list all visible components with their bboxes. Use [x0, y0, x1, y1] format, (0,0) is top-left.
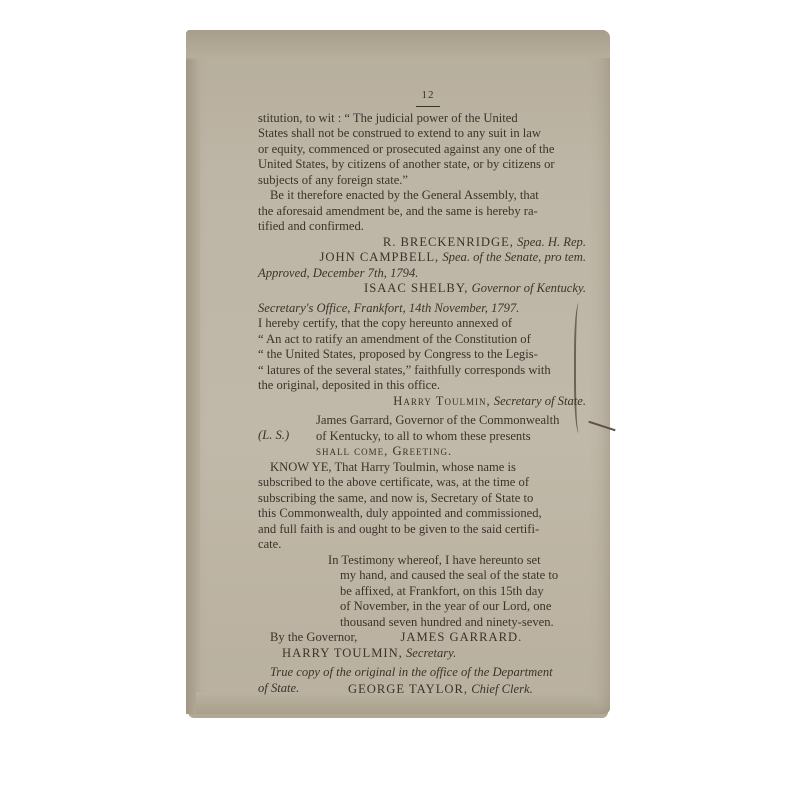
- true-copy-line: True copy of the original in the office …: [258, 665, 598, 681]
- signature-shelby: ISAAC SHELBY, Governor of Kentucky.: [258, 281, 598, 297]
- text-line: Be it therefore enacted by the General A…: [258, 188, 598, 204]
- signature-toulmin: Harry Toulmin, Secretary of State.: [258, 394, 598, 410]
- text-line: States shall not be construed to extend …: [258, 126, 598, 142]
- signature-breckenridge: R. BRECKENRIDGE, Spea. H. Rep.: [258, 235, 598, 251]
- seal-mark: (L. S.): [258, 413, 316, 460]
- text-line: “ An act to ratify an amendment of the C…: [258, 332, 598, 348]
- seal-block: (L. S.) James Garrard, Governor of the C…: [258, 413, 598, 460]
- text-line: this Commonwealth, duly appointed and co…: [258, 506, 598, 522]
- text-line: KNOW YE, That Harry Toulmin, whose name …: [258, 460, 598, 476]
- text-line: “ latures of the several states,” faithf…: [258, 363, 598, 379]
- signature-campbell: JOHN CAMPBELL, Spea. of the Senate, pro …: [258, 250, 598, 266]
- text-line: I hereby certify, that the copy hereunto…: [258, 316, 598, 332]
- page-number: 12: [258, 88, 598, 104]
- text-line: the original, deposited in this office.: [258, 378, 598, 394]
- signature-taylor: GEORGE TAYLOR, Chief Clerk.: [258, 682, 598, 698]
- text-line: the aforesaid amendment be, and the same…: [258, 204, 598, 220]
- text-line: cate.: [258, 537, 598, 553]
- text-line: tified and confirmed.: [258, 219, 598, 235]
- signature-toulmin-secretary: HARRY TOULMIN, Secretary.: [258, 646, 598, 662]
- text-line: subscribing the same, and now is, Secret…: [258, 491, 598, 507]
- document-text: 12 stitution, to wit : “ The judicial po…: [258, 88, 598, 698]
- text-line: and full faith is and ought to be given …: [258, 522, 598, 538]
- text-line: United States, by citizens of another st…: [258, 157, 598, 173]
- page-number-rule: [416, 106, 440, 107]
- testimony-block: In Testimony whereof, I have hereunto se…: [258, 553, 598, 631]
- worn-top-edge: [186, 30, 610, 58]
- approved-date: Approved, December 7th, 1794.: [258, 266, 598, 282]
- text-line: or equity, commenced or prosecuted again…: [258, 142, 598, 158]
- secretary-office-line: Secretary's Office, Frankfort, 14th Nove…: [258, 301, 598, 317]
- worn-left-edge: [186, 60, 200, 714]
- garrard-address: James Garrard, Governor of the Commonwea…: [316, 413, 559, 460]
- by-governor-line: By the Governor, JAMES GARRARD.: [258, 630, 598, 646]
- text-line: subscribed to the above certificate, was…: [258, 475, 598, 491]
- text-line: “ the United States, proposed by Congres…: [258, 347, 598, 363]
- text-line: stitution, to wit : “ The judicial power…: [258, 111, 598, 127]
- text-line: subjects of any foreign state.”: [258, 173, 598, 189]
